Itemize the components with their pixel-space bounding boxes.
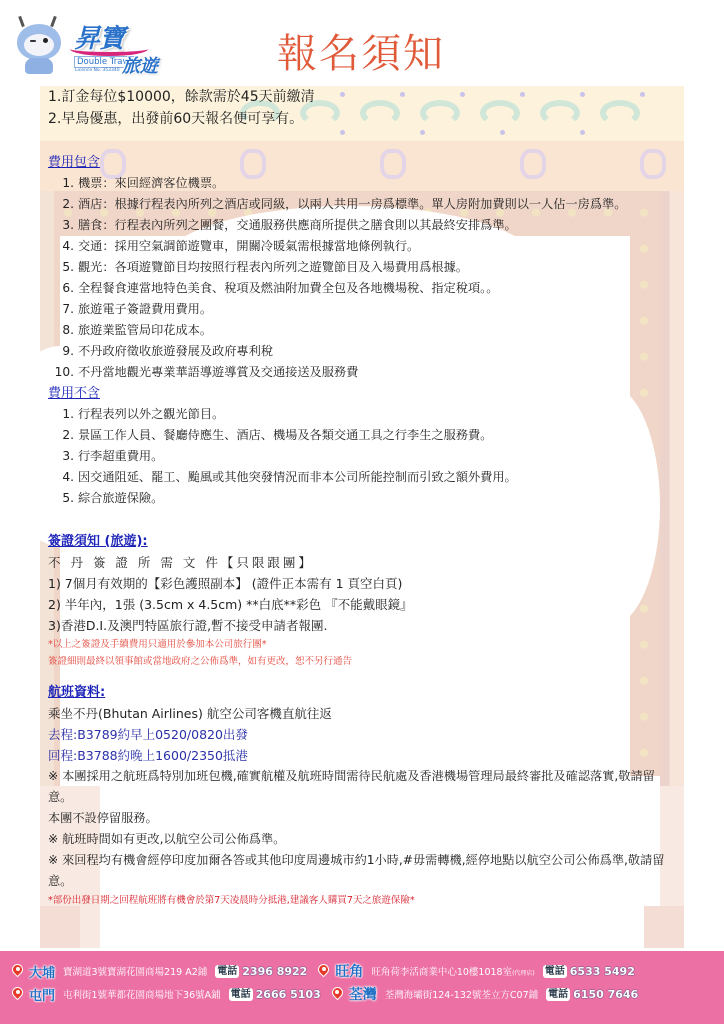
flight-inbound: 回程:B3788約晚上1600/2350抵港 xyxy=(48,745,678,766)
list-item: 6.全程餐食連當地特色美食、稅項及燃油附加費全包及各地機場稅、指定稅項。。 xyxy=(48,278,678,299)
content: 1.訂金每位$10000，餘款需於45天前繳清 2.早鳥優惠，出發前60天報名便… xyxy=(48,86,678,910)
visa-red-note: 簽證細則最終以領事館或當地政府之公佈爲準，如有更改，恕不另行通告 xyxy=(48,653,678,670)
visa-red-note: *以上之簽證及手續費用只適用於參加本公司旅行團* xyxy=(48,636,678,653)
branch-address: 寶湖道3號寶湖花園商場219 A2鋪 xyxy=(63,964,207,978)
visa-requirement: 2) 半年內，1張 (3.5cm x 4.5cm) **白底**彩色 『不能戴眼… xyxy=(48,594,678,615)
branch-row: 大埔 寶湖道3號寶湖花園商場219 A2鋪 電話 2396 8922 旺角 旺角… xyxy=(12,961,646,981)
phone-label: 電話 xyxy=(229,988,253,1001)
excluded-list: 1.行程表列以外之觀光節目。 2.景區工作人員、餐廳侍應生、酒店、機場及各類交通… xyxy=(48,404,678,509)
visa-requirement: 1) 7個月有效期的【彩色護照副本】 (證件正本需有 1 頁空白頁) xyxy=(48,573,678,594)
list-item: 2.景區工作人員、餐廳侍應生、酒店、機場及各類交通工具之行李生之服務費。 xyxy=(48,425,678,446)
flight-note: ※ 航班時間如有更改,以航空公司公佈爲準。 xyxy=(48,829,678,850)
list-item: 4.因交通阻延、罷工、颱風或其他突發情況而非本公司所能控制而引致之額外費用。 xyxy=(48,467,678,488)
list-item: 8.旅遊業監管局印花成本。 xyxy=(48,320,678,341)
branch-name: 屯門 xyxy=(29,985,55,1004)
company-logo: 昇寶 Double Travel Licence No. 353340 旅遊 xyxy=(12,12,172,78)
flight-outbound: 去程:B3789約早上0520/0820出發 xyxy=(48,724,678,745)
phone-label: 電話 xyxy=(546,988,570,1001)
list-item: 3.行李超重費用。 xyxy=(48,446,678,467)
early-bird-info: 2.早鳥優惠，出發前60天報名便可享有。 xyxy=(48,108,678,130)
excluded-heading: 費用不含 xyxy=(48,383,678,404)
page-title: 報名須知 xyxy=(277,22,445,79)
branch-name: 荃灣 xyxy=(349,984,377,1004)
list-item: 4.交通：採用空氣調節遊覽車，開關冷暖氣需根據當地條例執行。 xyxy=(48,236,678,257)
agent-note: (代理店) xyxy=(512,970,535,977)
deer-mascot-icon xyxy=(14,16,64,74)
phone-label: 電話 xyxy=(215,965,239,978)
branch-name: 大埔 xyxy=(29,962,55,981)
list-item: 3.膳食：行程表內所列之團餐，交通服務供應商所提供之膳食則以其最終安排爲準。 xyxy=(48,215,678,236)
list-item: 7.旅遊電子簽證費用費用。 xyxy=(48,299,678,320)
license-number: Licence No. 353340 xyxy=(75,68,120,73)
visa-heading: 簽證須知 (旅遊): xyxy=(48,531,678,552)
location-pin-icon xyxy=(318,964,329,978)
visa-requirement: 3)香港D.I.及澳門特區旅行證,暫不接受申請者報團. xyxy=(48,615,678,636)
branch-tai-po: 大埔 寶湖道3號寶湖花園商場219 A2鋪 電話 2396 8922 xyxy=(12,962,313,981)
flight-red-note: *部份出發日期之回程航班將有機會於第7天凌晨時分抵港,建議客人購買7天之旅遊保險… xyxy=(48,892,678,910)
list-item: 9.不丹政府徵收旅遊發展及政府專利稅 xyxy=(48,341,678,362)
branch-phone: 2666 5103 xyxy=(256,988,321,1001)
header: 昇寶 Double Travel Licence No. 353340 旅遊 報… xyxy=(0,0,724,86)
list-item: 1.行程表列以外之觀光節目。 xyxy=(48,404,678,425)
branch-mong-kok: 旺角 旺角荷李活商業中心10樓1018室(代理店) 電話 6533 5492 xyxy=(318,961,641,981)
location-pin-icon xyxy=(12,987,23,1001)
flight-heading: 航班資料: xyxy=(48,682,678,703)
location-pin-icon xyxy=(12,964,23,978)
deposit-info: 1.訂金每位$10000，餘款需於45天前繳清 xyxy=(48,86,678,108)
list-item: 5.綜合旅遊保險。 xyxy=(48,488,678,509)
branch-address: 屯利街1號華都花園商場地下36號A鋪 xyxy=(63,987,221,1001)
list-item: 2.酒店：根據行程表內所列之酒店或同級，以兩人共用一房爲標準。單人房附加費則以一… xyxy=(48,194,678,215)
branch-phone: 2396 8922 xyxy=(242,965,307,978)
included-list: 1.機票：來回經濟客位機票。 2.酒店：根據行程表內所列之酒店或同級，以兩人共用… xyxy=(48,173,678,383)
list-item: 5.觀光：各項遊覽節目均按照行程表內所列之遊覽節目及入場費用爲根據。 xyxy=(48,257,678,278)
list-item: 1.機票：來回經濟客位機票。 xyxy=(48,173,678,194)
branch-address: 旺角荷李活商業中心10樓1018室(代理店) xyxy=(371,964,534,978)
branch-phone: 6150 7646 xyxy=(573,988,638,1001)
branch-phone: 6533 5492 xyxy=(570,965,635,978)
branch-address: 荃灣海壩街124-132號荃立方C07鋪 xyxy=(385,987,538,1001)
flight-note: ※ 來回程均有機會經停印度加爾各答或其他印度周邊城市約1小時,#毋需轉機,經停地… xyxy=(48,850,668,892)
branch-tsuen-wan: 荃灣 荃灣海壩街124-132號荃立方C07鋪 電話 6150 7646 xyxy=(332,984,644,1004)
list-item: 10.不丹當地觀光專業華語導遊導賞及交通接送及服務費 xyxy=(48,362,678,383)
brand-name-cn-travel: 旅遊 xyxy=(122,52,158,78)
branch-row: 屯門 屯利街1號華都花園商場地下36號A鋪 電話 2666 5103 荃灣 荃灣… xyxy=(12,984,649,1004)
branch-name: 旺角 xyxy=(335,961,363,981)
included-heading: 費用包含 xyxy=(48,152,678,173)
branch-tuen-mun: 屯門 屯利街1號華都花園商場地下36號A鋪 電話 2666 5103 xyxy=(12,985,327,1004)
visa-subtitle: 不 丹 簽 證 所 需 文 件【只限跟團】 xyxy=(48,552,678,573)
flight-note: ※ 本團採用之航班爲特別加班包機,確實航權及航班時間需待民航處及香港機場管理局最… xyxy=(48,766,668,808)
location-pin-icon xyxy=(332,987,343,1001)
flight-note: 本團不設停留服務。 xyxy=(48,808,678,829)
phone-label: 電話 xyxy=(543,965,567,978)
footer-branches: 大埔 寶湖道3號寶湖花園商場219 A2鋪 電話 2396 8922 旺角 旺角… xyxy=(0,951,724,1024)
flight-airline: 乘坐不丹(Bhutan Airlines) 航空公司客機直航往返 xyxy=(48,703,678,724)
